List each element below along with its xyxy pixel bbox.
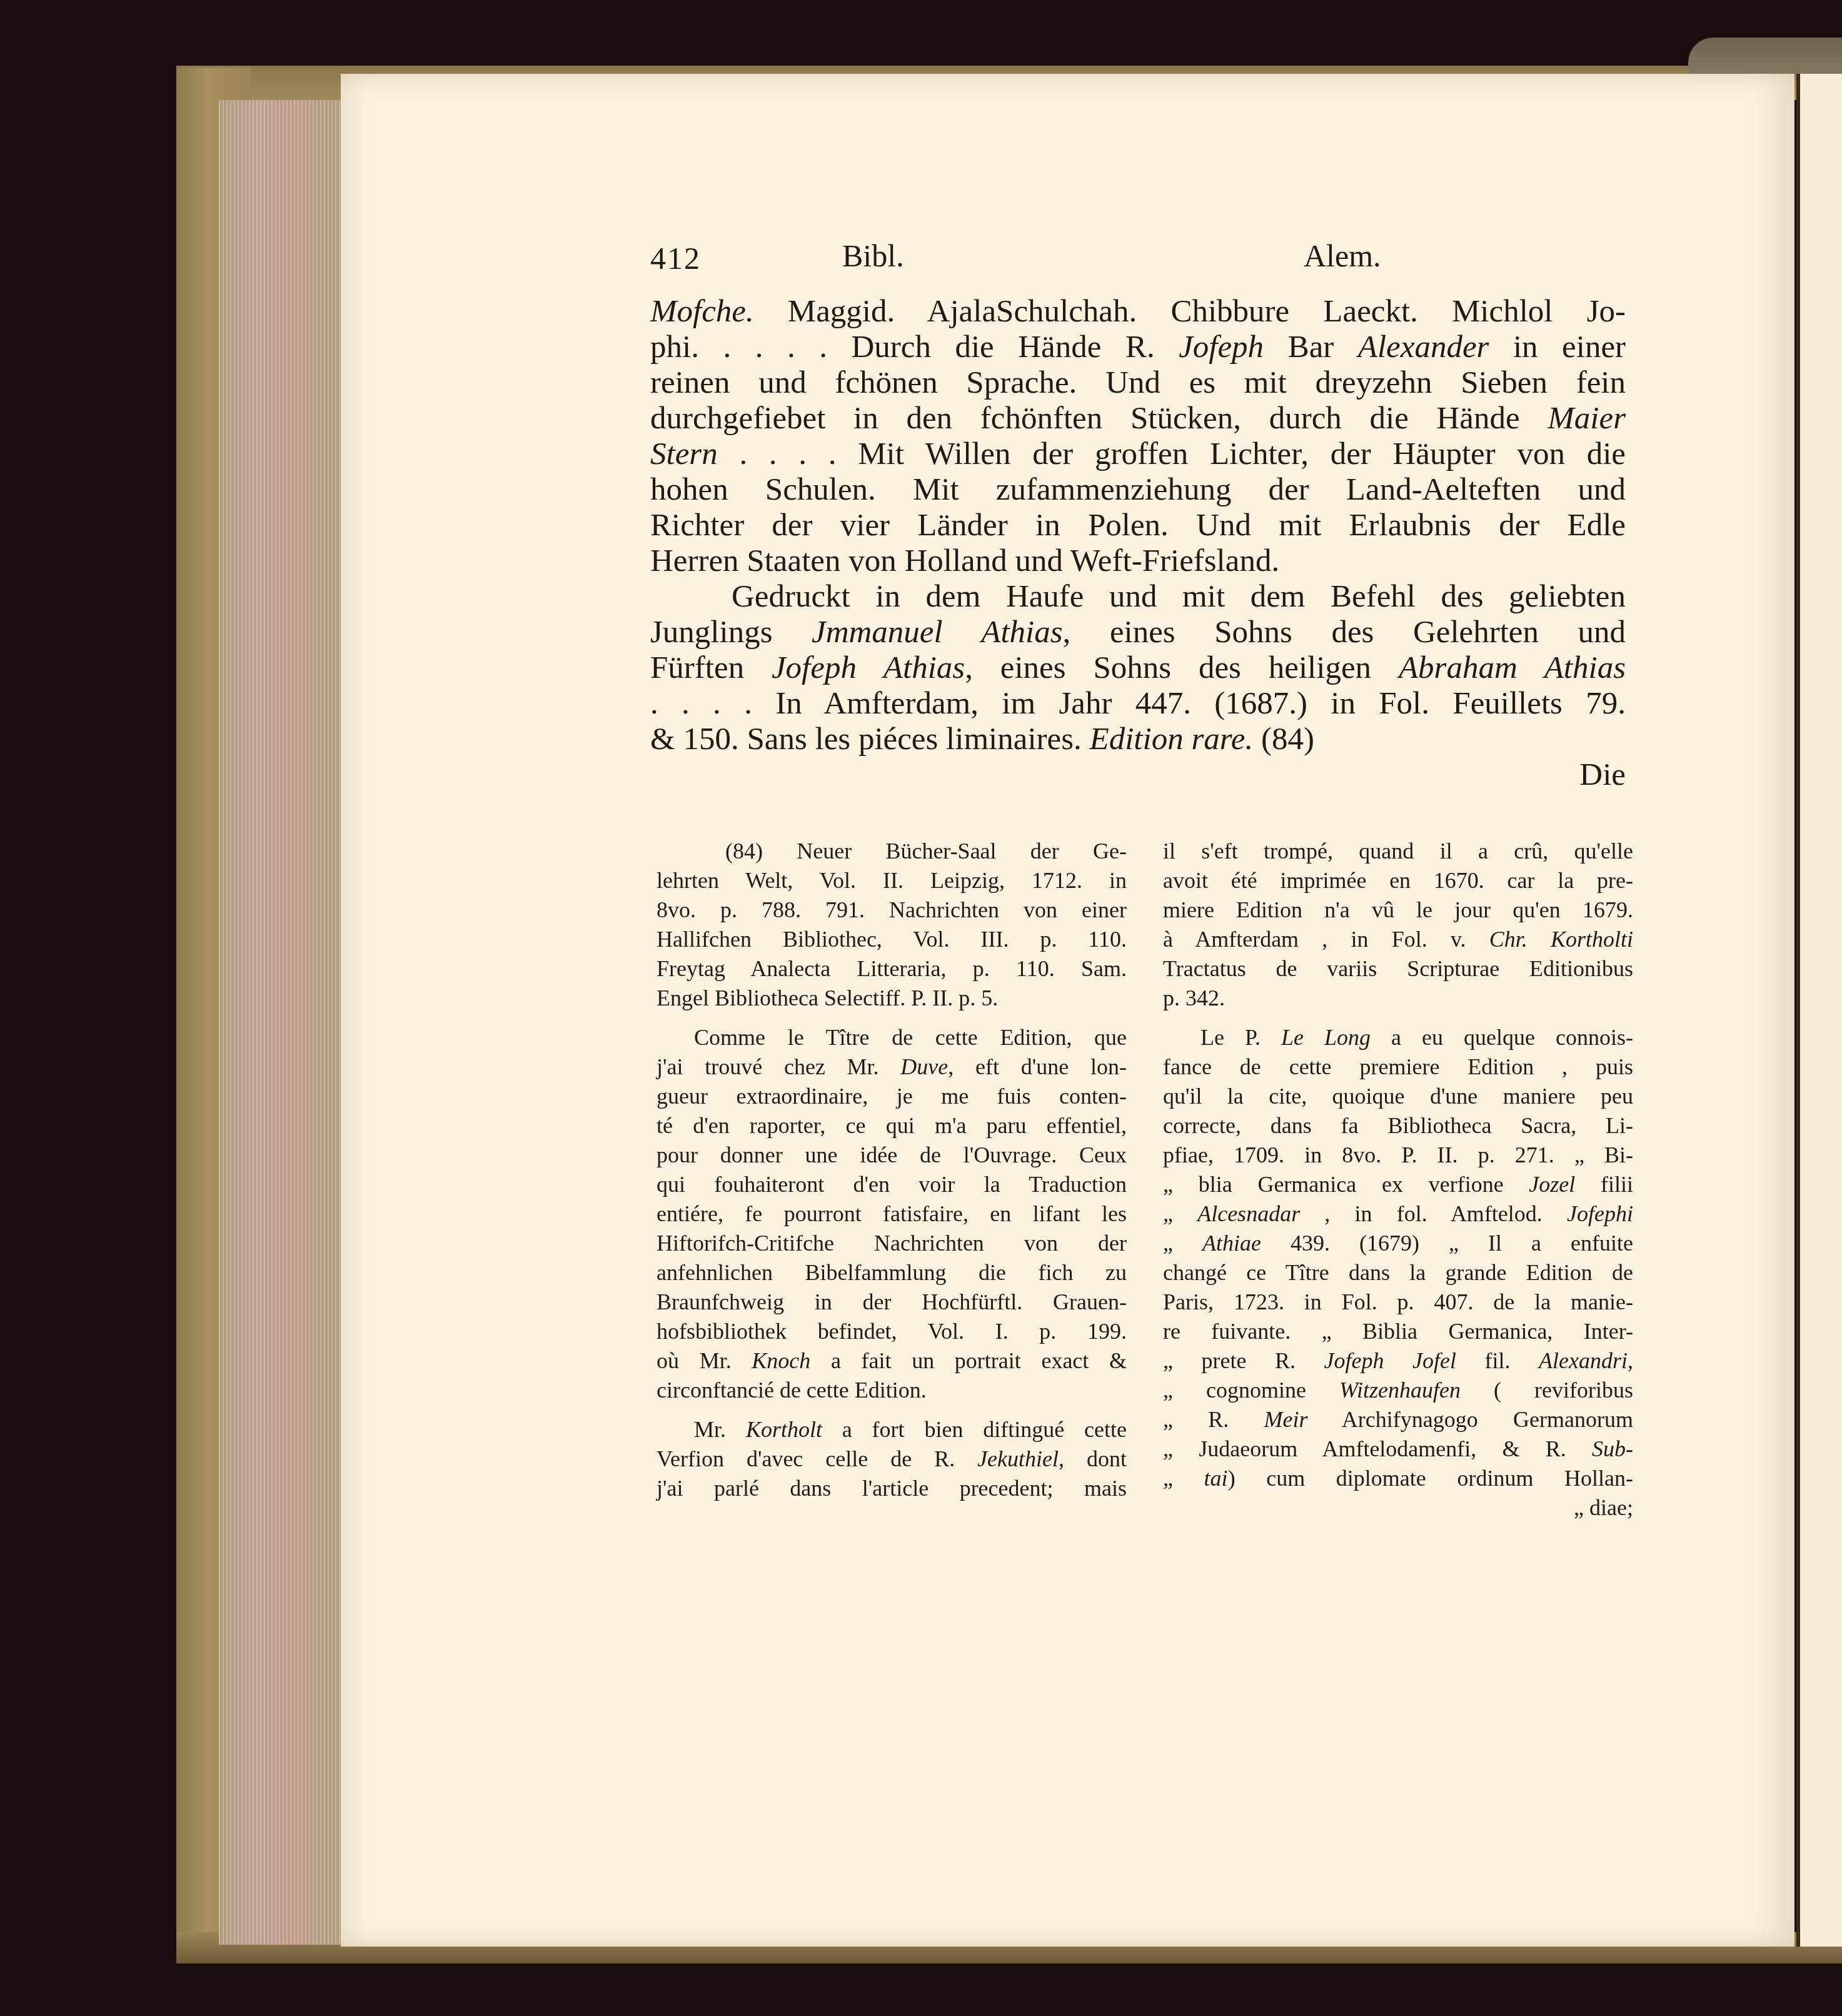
text-run: hofsbibliothek befindet, Vol. I. p. 199.: [657, 1319, 1127, 1344]
running-header: 412 Bibl. Alem.: [650, 231, 1626, 281]
text-line: entiére, fe pourront fatisfaire, en lifa…: [657, 1199, 1127, 1229]
text-run: 439. (1679) „ Il a enfuite: [1261, 1231, 1633, 1256]
text-run: qui fouhaiteront d'en voir la Traduction: [657, 1172, 1127, 1197]
text-run: Hiftorifch-Critifche Nachrichten von der: [657, 1231, 1127, 1256]
text-line: il s'eft trompé, quand il a crû, qu'elle: [1163, 837, 1633, 866]
italic-text: Edition rare.: [1090, 722, 1254, 757]
text-line: changé ce Tître dans la grande Edition d…: [1163, 1258, 1633, 1288]
text-line: (84) Neuer Bücher-Saal der Ge-: [657, 837, 1127, 866]
text-run: a eu quelque connois-: [1371, 1025, 1633, 1050]
text-line: lehrten Welt, Vol. II. Leipzig, 1712. in: [657, 866, 1127, 895]
text-line: Mofche. Maggid. AjalaSchulchah. Chibbure…: [650, 294, 1626, 330]
text-run: in einer: [1489, 330, 1626, 365]
text-line: Tractatus de variis Scripturae Editionib…: [1163, 954, 1633, 984]
text-line: reinen und fchönen Sprache. Und es mit d…: [650, 365, 1626, 401]
text-line: gueur extraordinaire, je me fuis conten-: [657, 1082, 1127, 1111]
italic-text: Sub-: [1592, 1436, 1633, 1461]
text-line: Mr. Kortholt a fort bien diftingué cette: [657, 1415, 1127, 1444]
text-run: qu'il la cite, quoique d'une maniere peu: [1163, 1084, 1633, 1109]
italic-text: Meir: [1264, 1407, 1308, 1432]
text-run: a fait un portrait exact &: [810, 1348, 1127, 1373]
text-line: Hiftorifch-Critifche Nachrichten von der: [657, 1229, 1127, 1258]
text-run: j'ai parlé dans l'article precedent; mai…: [657, 1476, 1127, 1501]
text-run: Maggid. AjalaSchulchah. Chibbure Laeckt.…: [754, 294, 1626, 329]
footnote-paragraph: Mr. Kortholt a fort bien diftingué cette…: [657, 1415, 1127, 1503]
text-line: Engel Bibliotheca Selectiff. P. II. p. 5…: [657, 984, 1127, 1013]
text-run: té d'en raporter, ce qui m'a paru effent…: [657, 1113, 1127, 1138]
text-run: Braunfchweig in der Hochfürftl. Grauen-: [657, 1289, 1127, 1314]
text-run: Engel Bibliotheca Selectiff. P. II. p. 5…: [657, 985, 998, 1011]
text-line: . . . . In Amfterdam, im Jahr 447. (1687…: [650, 686, 1626, 722]
text-run: „ prete R.: [1163, 1348, 1324, 1373]
paragraph-gap: [1163, 1013, 1633, 1023]
footnote-column-left: (84) Neuer Bücher-Saal der Ge-lehrten We…: [657, 837, 1127, 1503]
text-run: entiére, fe pourront fatisfaire, en lifa…: [657, 1201, 1127, 1226]
text-line: hohen Schulen. Mit zufammenziehung der L…: [650, 472, 1626, 508]
italic-text: tai: [1204, 1466, 1228, 1491]
text-line: Hallifchen Bibliothec, Vol. III. p. 110.: [657, 925, 1127, 954]
text-run: . . . . In Amfterdam, im Jahr 447. (1687…: [650, 686, 1626, 721]
text-line: Freytag Analecta Litteraria, p. 110. Sam…: [657, 954, 1127, 984]
text-run: où Mr.: [657, 1348, 752, 1373]
text-line: j'ai parlé dans l'article precedent; mai…: [657, 1474, 1127, 1503]
text-run: Tractatus de variis Scripturae Editionib…: [1163, 956, 1633, 981]
text-run: pfiae, 1709. in 8vo. P. II. p. 271. „ Bi…: [1163, 1142, 1633, 1167]
text-line: j'ai trouvé chez Mr. Duve, eft d'une lon…: [657, 1052, 1127, 1082]
text-run: Bar: [1264, 330, 1358, 365]
text-run: 8vo. p. 788. 791. Nachrichten von einer: [657, 897, 1127, 922]
text-run: ) cum diplomate ordinum Hollan-: [1228, 1466, 1633, 1491]
italic-text: Mofche.: [650, 294, 754, 329]
text-run: à Amfterdam , in Fol. v.: [1163, 927, 1489, 952]
italic-text: Stern: [650, 436, 718, 471]
text-run: „: [1163, 1466, 1204, 1491]
text-line: „ Judaeorum Amftelodamenfi, & R. Sub-: [1163, 1434, 1633, 1464]
text-run: re fuivante. „ Biblia Germanica, Inter-: [1163, 1319, 1633, 1344]
text-run: Herren Staaten von Holland und Weft-Frie…: [650, 543, 1279, 578]
text-run: avoit été imprimée en 1670. car la pre-: [1163, 868, 1633, 893]
italic-text: Abraham Athias: [1399, 650, 1626, 685]
italic-text: Duve: [900, 1054, 948, 1079]
text-run: circonftancié de cette Edition.: [657, 1378, 927, 1403]
text-line: anfehnlichen Bibelfammlung die fich zu: [657, 1258, 1127, 1288]
footnote-paragraph: Le P. Le Long a eu quelque connois-fance…: [1163, 1023, 1633, 1493]
text-line: „ cognomine Witzenhaufen ( revi­foribus: [1163, 1376, 1633, 1405]
text-line: „ prete R. Jofeph Jofel fil. Alexandri,: [1163, 1346, 1633, 1376]
italic-text: Jozel: [1529, 1172, 1575, 1197]
text-line: avoit été imprimée en 1670. car la pre-: [1163, 866, 1633, 895]
text-run: , eft d'une lon-: [948, 1054, 1127, 1079]
text-line: hofsbibliothek befindet, Vol. I. p. 199.: [657, 1317, 1127, 1346]
text-run: Fürften: [650, 650, 772, 685]
text-line: miere Edition n'a vû le jour qu'en 1679.: [1163, 895, 1633, 925]
text-line: pfiae, 1709. in 8vo. P. II. p. 271. „ Bi…: [1163, 1141, 1633, 1170]
text-line: p. 342.: [1163, 984, 1633, 1013]
text-line: pour donner une idée de l'Ouvrage. Ceux: [657, 1141, 1127, 1170]
italic-text: Athiae: [1202, 1231, 1261, 1256]
italic-text: Jofeph: [1179, 330, 1264, 365]
text-run: „ blia Germanica ex verfione: [1163, 1172, 1529, 1197]
text-run: ,: [1628, 1348, 1633, 1373]
text-line: Stern . . . . Mit Willen der groffen Lic…: [650, 436, 1626, 472]
footnote-catchword: „ diae;: [1163, 1493, 1633, 1523]
italic-text: Jmmanuel Athias: [812, 615, 1063, 650]
italic-text: Alcesnadar: [1197, 1201, 1300, 1226]
text-line: qui fouhaiteront d'en voir la Traduction: [657, 1170, 1127, 1199]
footnote-paragraph: il s'eft trompé, quand il a crû, qu'elle…: [1163, 837, 1633, 1013]
main-text-block: Mofche. Maggid. AjalaSchulchah. Chibbure…: [650, 294, 1626, 793]
text-line: Herren Staaten von Holland und Weft-Frie…: [650, 543, 1626, 579]
text-line: „ blia Germanica ex verfione Jozel filii: [1163, 1170, 1633, 1199]
text-run: reinen und fchönen Sprache. Und es mit d…: [650, 365, 1626, 400]
text-line: où Mr. Knoch a fait un portrait exact &: [657, 1346, 1127, 1376]
text-run: , dont: [1059, 1446, 1127, 1471]
text-line: Junglings Jmmanuel Athias, eines Sohns d…: [650, 615, 1626, 650]
italic-text: Alexandri: [1539, 1348, 1628, 1373]
text-line: re fuivante. „ Biblia Germanica, Inter-: [1163, 1317, 1633, 1346]
text-run: Richter der vier Länder in Polen. Und mi…: [650, 508, 1626, 543]
footnote-paragraph: (84) Neuer Bücher-Saal der Ge-lehrten We…: [657, 837, 1127, 1013]
text-line: Verfion d'avec celle de R. Jekuthiel, do…: [657, 1444, 1127, 1474]
text-line: „ tai) cum diplomate ordinum Hollan-: [1163, 1464, 1633, 1493]
page-stack-edges: [219, 100, 341, 1945]
text-line: fance de cette premiere Edition , puis: [1163, 1052, 1633, 1082]
text-line: „ Alcesnadar , in fol. Amftelod. Jofephi: [1163, 1199, 1633, 1229]
text-run: miere Edition n'a vû le jour qu'en 1679.: [1163, 897, 1633, 922]
text-run: Archifynagogo Germanorum: [1308, 1407, 1633, 1432]
text-run: gueur extraordinaire, je me fuis conten-: [657, 1084, 1127, 1109]
text-run: il s'eft trompé, quand il a crû, qu'elle: [1163, 839, 1633, 864]
text-run: a fort bien diftingué cette: [822, 1417, 1127, 1442]
text-line: 8vo. p. 788. 791. Nachrichten von einer: [657, 895, 1127, 925]
text-line: à Amfterdam , in Fol. v. Chr. Kortholti: [1163, 925, 1633, 954]
text-run: „: [1163, 1231, 1202, 1256]
text-line: circonftancié de cette Edition.: [657, 1376, 1127, 1405]
text-line: correcte, dans fa Bibliotheca Sacra, Li-: [1163, 1111, 1633, 1141]
running-head-right: Alem.: [1304, 238, 1381, 274]
text-run: anfehnlichen Bibelfammlung die fich zu: [657, 1260, 1127, 1285]
italic-text: Maier: [1548, 401, 1626, 436]
text-run: „ cognomine: [1163, 1378, 1339, 1403]
text-line: qu'il la cite, quoique d'une maniere peu: [1163, 1082, 1633, 1111]
italic-text: Alexander: [1358, 330, 1489, 365]
text-line: Braunfchweig in der Hochfürftl. Grauen-: [657, 1288, 1127, 1317]
text-line: „ Athiae 439. (1679) „ Il a enfuite: [1163, 1229, 1633, 1258]
paragraph-gap: [657, 1405, 1127, 1415]
text-line: & 150. Sans les piéces liminaires. Editi…: [650, 722, 1626, 757]
text-run: „: [1163, 1201, 1197, 1226]
text-run: correcte, dans fa Bibliotheca Sacra, Li-: [1163, 1113, 1633, 1138]
text-run: Mr.: [694, 1417, 746, 1442]
italic-text: Jekuthiel: [977, 1446, 1059, 1471]
text-run: pour donner une idée de l'Ouvrage. Ceux: [657, 1142, 1127, 1167]
text-run: , in fol. Amftelod.: [1300, 1201, 1567, 1226]
text-run: fil.: [1456, 1348, 1539, 1373]
text-run: hohen Schulen. Mit zufammenziehung der L…: [650, 472, 1626, 507]
text-run: . . . . Mit Willen der groffen Lichter, …: [718, 436, 1626, 471]
text-run: changé ce Tître dans la grande Edition d…: [1163, 1260, 1633, 1285]
text-run: lehrten Welt, Vol. II. Leipzig, 1712. in: [657, 868, 1127, 893]
text-run: „ Judaeorum Amftelodamenfi, & R.: [1163, 1436, 1592, 1461]
text-line: Richter der vier Länder in Polen. Und mi…: [650, 508, 1626, 543]
italic-text: Jofephi: [1567, 1201, 1633, 1226]
text-run: „ R.: [1163, 1407, 1264, 1432]
italic-text: Jofeph Athias: [772, 650, 965, 685]
text-line: phi. . . . . Durch die Hände R. Jofeph B…: [650, 330, 1626, 365]
text-run: , eines Sohns des heiligen: [965, 650, 1399, 685]
footnote-paragraph: Comme le Tître de cette Edition, quej'ai…: [657, 1023, 1127, 1405]
text-run: (84): [1253, 722, 1314, 757]
running-head-left: Bibl.: [842, 238, 904, 274]
text-line: Gedruckt in dem Haufe und mit dem Befehl…: [650, 579, 1626, 615]
text-run: j'ai trouvé chez Mr.: [657, 1054, 900, 1079]
facing-page-edge: [1796, 74, 1842, 1947]
text-line: té d'en raporter, ce qui m'a paru effent…: [657, 1111, 1127, 1141]
page-number: 412: [650, 240, 701, 276]
text-run: durchgefiebet in den fchönften Stücken, …: [650, 401, 1548, 436]
text-run: Gedruckt in dem Haufe und mit dem Befehl…: [732, 579, 1626, 614]
italic-text: Jofeph Jofel: [1324, 1348, 1456, 1373]
text-line: Paris, 1723. in Fol. p. 407. de la manie…: [1163, 1288, 1633, 1317]
text-run: Le P.: [1200, 1025, 1281, 1050]
footnote-column-right: il s'eft trompé, quand il a crû, qu'elle…: [1163, 837, 1633, 1523]
text-run: Junglings: [650, 615, 812, 650]
text-run: fance de cette premiere Edition , puis: [1163, 1054, 1633, 1079]
text-run: Paris, 1723. in Fol. p. 407. de la manie…: [1163, 1289, 1633, 1314]
italic-text: Kortholt: [746, 1417, 822, 1442]
text-line: Le P. Le Long a eu quelque connois-: [1163, 1023, 1633, 1052]
text-line: Fürften Jofeph Athias, eines Sohns des h…: [650, 650, 1626, 686]
text-run: & 150. Sans les piéces liminaires.: [650, 722, 1090, 757]
catchword: Die: [650, 757, 1626, 793]
text-run: p. 342.: [1163, 985, 1225, 1011]
paragraph-gap: [657, 1013, 1127, 1023]
italic-text: Chr. Kortholti: [1489, 927, 1633, 952]
text-run: Freytag Analecta Litteraria, p. 110. Sam…: [657, 956, 1127, 981]
text-run: , eines Sohns des Gelehrten und: [1063, 615, 1626, 650]
italic-text: Le Long: [1281, 1025, 1371, 1050]
text-run: (84) Neuer Bücher-Saal der Ge-: [725, 839, 1127, 864]
italic-text: Knoch: [752, 1348, 810, 1373]
text-run: filii: [1575, 1172, 1633, 1197]
text-run: Comme le Tître de cette Edition, que: [694, 1025, 1127, 1050]
text-run: phi. . . . . Durch die Hände R.: [650, 330, 1179, 365]
text-run: ( revi­foribus: [1461, 1378, 1633, 1403]
text-line: durchgefiebet in den fchönften Stücken, …: [650, 401, 1626, 436]
text-run: Hallifchen Bibliothec, Vol. III. p. 110.: [657, 927, 1127, 952]
text-line: „ R. Meir Archifynagogo Germanorum: [1163, 1405, 1633, 1434]
text-line: Comme le Tître de cette Edition, que: [657, 1023, 1127, 1052]
text-run: Verfion d'avec celle de R.: [657, 1446, 977, 1471]
italic-text: Witzenhaufen: [1339, 1378, 1461, 1403]
